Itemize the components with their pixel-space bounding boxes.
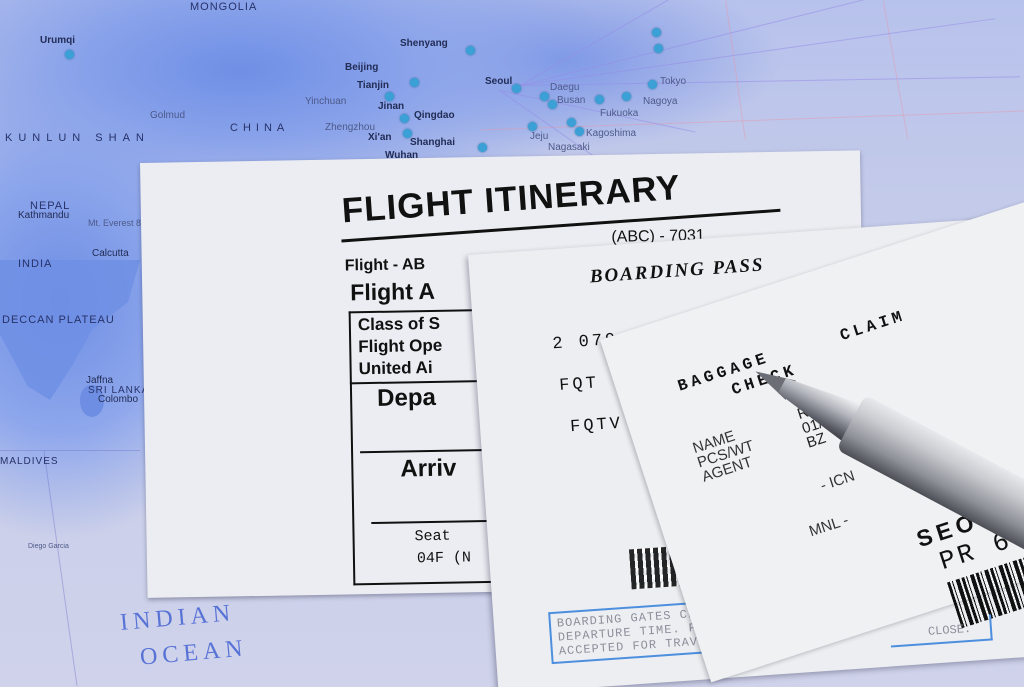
flight-route bbox=[520, 76, 1020, 86]
map-city-label: Seoul bbox=[485, 76, 512, 87]
city-marker bbox=[652, 28, 661, 37]
map-city-label: Shanghai bbox=[410, 137, 455, 148]
map-city-label: Jinan bbox=[378, 101, 404, 112]
seat-label: Seat bbox=[414, 528, 450, 546]
map-city-label: Daegu bbox=[550, 82, 579, 93]
map-place-label: Diego Garcia bbox=[28, 543, 69, 550]
fqt-label: FQT bbox=[559, 374, 600, 396]
seat-value: 04F (N bbox=[417, 549, 471, 567]
map-region-label: CHINA bbox=[230, 122, 289, 134]
route-from: - ICN bbox=[819, 468, 857, 493]
city-marker bbox=[575, 127, 584, 136]
map-city-label: Colombo bbox=[98, 394, 138, 405]
map-city-label: Tokyo bbox=[660, 76, 686, 87]
map-region-label: DECCAN PLATEAU bbox=[2, 314, 115, 326]
fqtv-label: FQTV bbox=[570, 415, 624, 438]
map-city-label: Beijing bbox=[345, 62, 378, 73]
flight-heading: Flight A bbox=[350, 278, 435, 306]
city-marker bbox=[648, 80, 657, 89]
city-marker bbox=[385, 92, 394, 101]
flight-route bbox=[520, 18, 995, 86]
city-marker bbox=[466, 46, 475, 55]
map-gridline bbox=[44, 451, 78, 686]
ocean-label: INDIAN bbox=[119, 600, 236, 637]
map-city-label: Calcutta bbox=[92, 248, 129, 259]
map-city-label: Qingdao bbox=[414, 110, 455, 121]
city-marker bbox=[410, 78, 419, 87]
map-city-label: Shenyang bbox=[400, 38, 448, 49]
india-landmass bbox=[0, 260, 140, 400]
city-marker bbox=[622, 92, 631, 101]
map-gridline bbox=[0, 450, 140, 451]
flight-operator-label: Flight Ope bbox=[358, 336, 442, 357]
city-marker bbox=[512, 84, 521, 93]
flight-number: Flight - AB bbox=[345, 256, 426, 275]
map-city-label: Busan bbox=[557, 95, 585, 106]
map-city-label: Nagasaki bbox=[548, 142, 590, 153]
map-mountain-label: KUNLUN SHAN bbox=[5, 132, 150, 144]
map-region-label: MALDIVES bbox=[0, 456, 59, 467]
map-city-label: Xi'an bbox=[368, 132, 392, 143]
city-marker bbox=[540, 92, 549, 101]
city-marker bbox=[567, 118, 576, 127]
map-gridline bbox=[883, 1, 908, 139]
flight-route bbox=[520, 0, 967, 86]
departure-label: Depa bbox=[377, 384, 436, 413]
city-marker bbox=[654, 44, 663, 53]
city-marker bbox=[548, 100, 557, 109]
map-city-label: Urumqi bbox=[40, 35, 75, 46]
map-city-label: Kagoshima bbox=[586, 128, 636, 139]
map-region-label: INDIA bbox=[18, 258, 52, 270]
baggage-claim-word: CLAIM bbox=[838, 307, 908, 345]
map-city-label: Nagoya bbox=[643, 96, 677, 107]
map-place-label: Golmud bbox=[150, 110, 185, 121]
map-city-label: Tianjin bbox=[357, 80, 389, 91]
ocean-label: OCEAN bbox=[139, 635, 249, 671]
city-marker bbox=[400, 114, 409, 123]
city-marker bbox=[595, 95, 604, 104]
city-marker bbox=[478, 143, 487, 152]
map-gridline bbox=[725, 1, 745, 140]
map-city-label: Kathmandu bbox=[18, 210, 69, 221]
airline-name: United Ai bbox=[358, 358, 432, 379]
arrival-label: Arriv bbox=[400, 455, 457, 484]
map-region-label: MONGOLIA bbox=[190, 1, 257, 13]
class-of-service-label: Class of S bbox=[358, 314, 441, 335]
city-marker bbox=[65, 50, 74, 59]
close-text: CLOSE. bbox=[928, 622, 972, 639]
boarding-pass-title: BOARDING PASS bbox=[589, 254, 765, 288]
baggage-field-labels: NAME PCS/WT AGENT bbox=[691, 424, 760, 485]
map-place-label: Zhengzhou bbox=[325, 122, 375, 133]
map-gridline bbox=[480, 111, 1024, 131]
route-to: MNL - bbox=[807, 513, 850, 540]
city-marker bbox=[528, 122, 537, 131]
map-city-label: Jeju bbox=[530, 131, 548, 142]
map-city-label: Fukuoka bbox=[600, 108, 638, 119]
map-place-label: Yinchuan bbox=[305, 96, 346, 107]
